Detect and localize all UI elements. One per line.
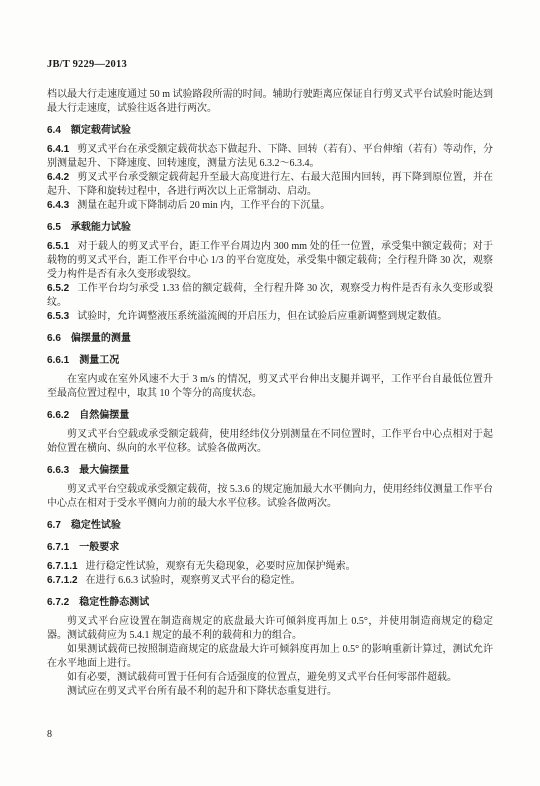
- section-number: 6.6.1: [47, 355, 69, 366]
- section-number: 6.7.1: [47, 542, 69, 553]
- clause-6-4-1: 6.4.1剪叉式平台在承受额定载荷状态下做起升、下降、回转（若有）、平台伸缩（若…: [47, 143, 493, 171]
- section-title: 稳定性试验: [71, 520, 121, 531]
- section-title: 最大偏摆量: [79, 465, 129, 476]
- section-number: 6.5: [47, 222, 61, 233]
- section-number: 6.7: [47, 520, 61, 531]
- page-number: 8: [47, 728, 52, 742]
- section-number: 6.6.3: [47, 465, 69, 476]
- section-heading-6-6: 6.6偏摆量的测量: [47, 332, 493, 346]
- clause-number: 6.4.2: [47, 172, 69, 183]
- paragraph: 测试应在剪叉式平台所有最不利的起升和下降状态重复进行。: [47, 685, 493, 699]
- section-title: 稳定性静态测试: [79, 597, 149, 608]
- clause-6-7-1-1: 6.7.1.1进行稳定性试验，观察有无失稳现象，必要时应加保护绳索。: [47, 560, 493, 574]
- clause-6-7-1-2: 6.7.1.2在进行 6.6.3 试验时，观察剪叉式平台的稳定性。: [47, 574, 493, 588]
- clause-text: 剪叉式平台在承受额定载荷状态下做起升、下降、回转（若有）、平台伸缩（若有）等动作…: [47, 144, 493, 169]
- paragraph: 在室内或在室外风速不大于 3 m/s 的情况，剪叉式平台伸出支腿并调平，工作平台…: [47, 373, 493, 401]
- section-number: 6.4: [47, 125, 61, 136]
- section-heading-6-6-2: 6.6.2自然偏摆量: [47, 409, 493, 423]
- clause-number: 6.4.1: [47, 144, 69, 155]
- section-heading-6-6-3: 6.6.3最大偏摆量: [47, 464, 493, 478]
- section-heading-6-6-1: 6.6.1测量工况: [47, 354, 493, 368]
- section-title: 承载能力试验: [71, 222, 131, 233]
- section-title: 一般要求: [79, 542, 119, 553]
- section-title: 测量工况: [79, 355, 119, 366]
- clause-text: 剪叉式平台承受额定载荷起升至最大高度进行左、右最大范围内回转，再下降到原位置，并…: [47, 172, 493, 197]
- paragraph: 如果测试载荷已按照制造商规定的底盘最大许可倾斜度再加上 0.5° 的影响重新计算…: [47, 643, 493, 671]
- clause-number: 6.7.1.2: [47, 575, 78, 586]
- clause-number: 6.5.2: [47, 283, 69, 294]
- section-title: 自然偏摆量: [79, 410, 129, 421]
- section-heading-6-7-2: 6.7.2稳定性静态测试: [47, 596, 493, 610]
- clause-text: 进行稳定性试验，观察有无失稳现象，必要时应加保护绳索。: [86, 561, 356, 572]
- section-heading-6-7-1: 6.7.1一般要求: [47, 541, 493, 555]
- clause-6-5-3: 6.5.3试验时，允许调整液压系统溢流阀的开启压力，但在试验后应重新调整到规定数…: [47, 310, 493, 324]
- clause-6-4-2: 6.4.2剪叉式平台承受额定载荷起升至最大高度进行左、右最大范围内回转，再下降到…: [47, 171, 493, 199]
- section-number: 6.7.2: [47, 597, 69, 608]
- clause-6-4-3: 6.4.3测量在起升或下降制动后 20 min 内，工作平台的下沉量。: [47, 199, 493, 213]
- section-number: 6.6.2: [47, 410, 69, 421]
- section-heading-6-5: 6.5承载能力试验: [47, 221, 493, 235]
- clause-text: 试验时，允许调整液压系统溢流阀的开启压力，但在试验后应重新调整到规定数值。: [77, 311, 447, 322]
- clause-text: 测量在起升或下降制动后 20 min 内，工作平台的下沉量。: [77, 200, 330, 211]
- section-heading-6-4: 6.4额定载荷试验: [47, 124, 493, 138]
- clause-number: 6.5.3: [47, 311, 69, 322]
- clause-6-5-1: 6.5.1对于载人的剪叉式平台，距工作平台周边内 300 mm 处的任一位置，承…: [47, 240, 493, 282]
- section-title: 偏摆量的测量: [71, 333, 131, 344]
- section-heading-6-7: 6.7稳定性试验: [47, 519, 493, 533]
- paragraph: 剪叉式平台空载或承受额定载荷，按 5.3.6 的规定施加最大水平侧向力，使用经纬…: [47, 483, 493, 511]
- paragraph: 档以最大行走速度通过 50 m 试验路段所需的时间。辅助行驶距离应保证自行剪叉式…: [47, 88, 493, 116]
- section-title: 额定载荷试验: [71, 125, 131, 136]
- clause-text: 对于载人的剪叉式平台，距工作平台周边内 300 mm 处的任一位置，承受集中额定…: [47, 241, 493, 280]
- paragraph: 剪叉式平台空载或承受额定载荷，使用经纬仪分别测量在不同位置时，工作平台中心点相对…: [47, 428, 493, 456]
- clause-number: 6.5.1: [47, 241, 69, 252]
- document-page: JB/T 9229—2013 档以最大行走速度通过 50 m 试验路段所需的时间…: [0, 0, 540, 786]
- clause-number: 6.7.1.1: [47, 561, 78, 572]
- doc-number: JB/T 9229—2013: [47, 58, 493, 72]
- clause-6-5-2: 6.5.2工作平台均匀承受 1.33 倍的额定载荷，全行程升降 30 次，观察受…: [47, 282, 493, 310]
- clause-text: 在进行 6.6.3 试验时，观察剪叉式平台的稳定性。: [86, 575, 301, 586]
- clause-text: 工作平台均匀承受 1.33 倍的额定载荷，全行程升降 30 次，观察受力构件是否…: [47, 283, 493, 308]
- paragraph: 剪叉式平台应设置在制造商规定的底盘最大许可倾斜度再加上 0.5°，并使用制造商规…: [47, 615, 493, 643]
- clause-number: 6.4.3: [47, 200, 69, 211]
- paragraph: 如有必要，测试载荷可置于任何有合适强度的位置点，避免剪叉式平台任何零部件超载。: [47, 671, 493, 685]
- section-number: 6.6: [47, 333, 61, 344]
